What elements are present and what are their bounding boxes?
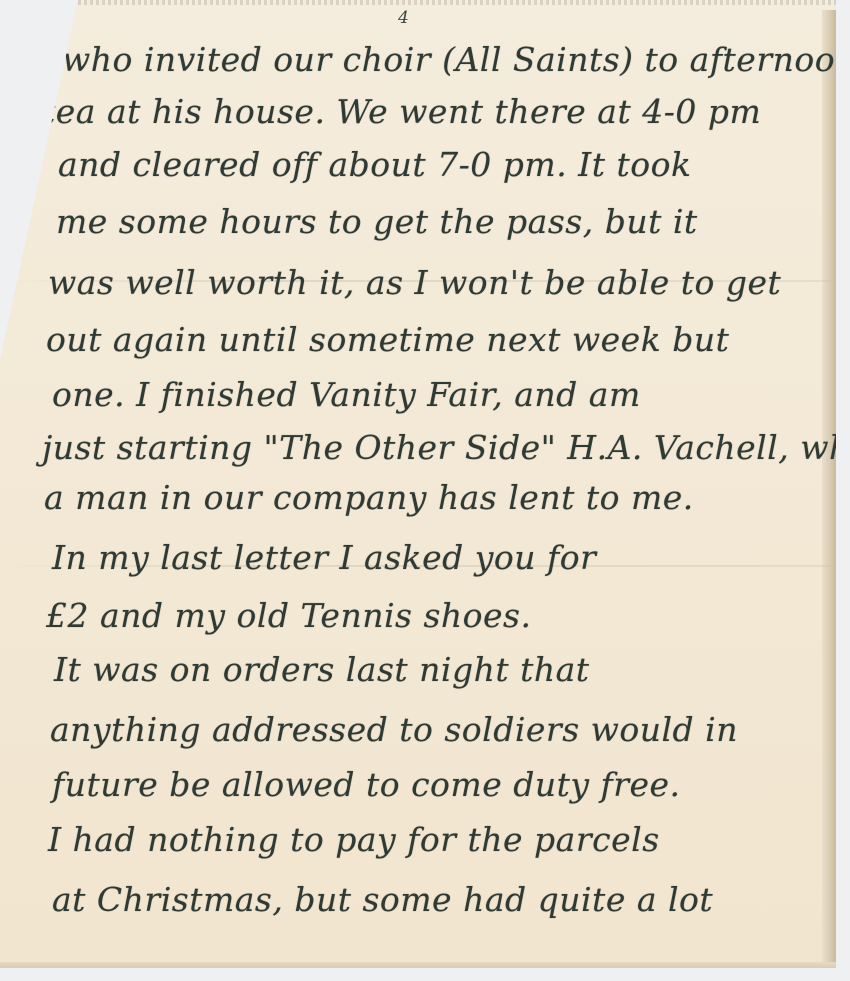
text-line: I had nothing to pay for the parcels <box>48 820 660 859</box>
text-line: future be allowed to come duty free. <box>52 765 681 804</box>
text-line: out again until sometime next week but <box>46 320 729 359</box>
text-line: me some hours to get the pass, but it <box>56 202 698 241</box>
text-line: It was on orders last night that <box>54 650 590 689</box>
text-line: anything addressed to soldiers would in <box>50 710 738 749</box>
text-line: £2 and my old Tennis shoes. <box>46 596 531 635</box>
page-number: 4 <box>398 8 409 28</box>
text-line: at Christmas, but some had quite a lot <box>52 880 713 919</box>
letter-page: 4 who invited our choir (All Saints) to … <box>0 0 836 968</box>
perforated-top-edge <box>78 0 836 5</box>
text-line: In my last letter I asked you for <box>52 538 596 577</box>
text-line: was well worth it, as I won't be able to… <box>48 263 781 302</box>
text-line: who invited our choir (All Saints) to af… <box>62 40 850 79</box>
text-line: just starting "The Other Side" H.A. Vach… <box>42 428 850 467</box>
page-right-edge <box>822 10 836 970</box>
text-line: one. I finished Vanity Fair, and am <box>52 375 641 414</box>
text-line: a man in our company has lent to me. <box>44 478 694 517</box>
text-line: tea at his house. We went there at 4-0 p… <box>42 92 761 131</box>
page-bottom-edge <box>0 962 840 970</box>
text-line: and cleared off about 7-0 pm. It took <box>58 145 691 184</box>
